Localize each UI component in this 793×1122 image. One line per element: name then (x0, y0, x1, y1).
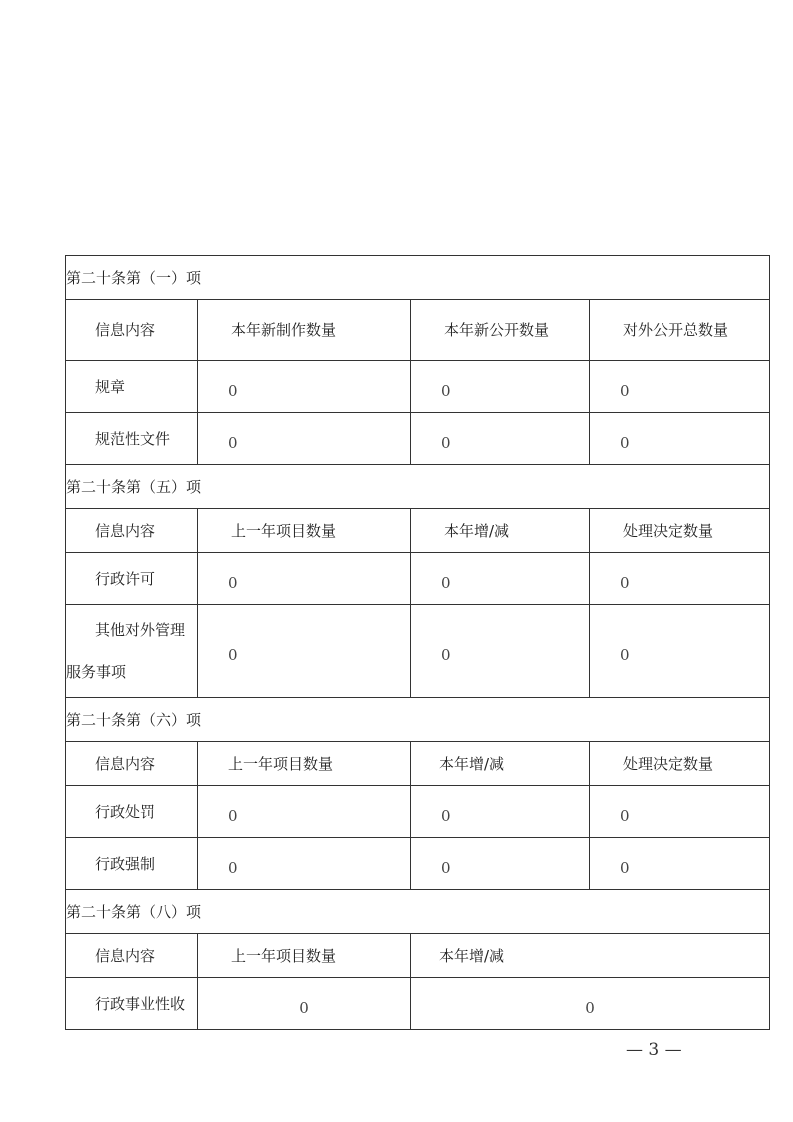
page-number: — 3 — (626, 1040, 682, 1060)
section-title-row: 第二十条第（五）项 (66, 465, 770, 509)
cell-value: 0 (411, 361, 590, 413)
column-header: 信息内容 (66, 742, 198, 786)
table-row: 行政处罚 0 0 0 (66, 786, 770, 838)
column-header: 本年新公开数量 (411, 300, 590, 361)
cell-value: 0 (590, 553, 770, 605)
section-title-row: 第二十条第（一）项 (66, 256, 770, 300)
table-row: 规范性文件 0 0 0 (66, 413, 770, 465)
cell-value: 0 (590, 413, 770, 465)
row-label: 行政强制 (66, 838, 198, 890)
cell-value: 0 (198, 413, 411, 465)
section-title: 第二十条第（八）项 (66, 890, 770, 934)
cell-value: 0 (411, 413, 590, 465)
cell-value: 0 (411, 605, 590, 698)
row-label-line: 其他对外管理 (66, 609, 197, 651)
section-title-row: 第二十条第（六）项 (66, 698, 770, 742)
column-header: 对外公开总数量 (590, 300, 770, 361)
row-label: 规章 (66, 361, 198, 413)
table-row: 行政事业性收 0 0 (66, 978, 770, 1030)
document-page: 第二十条第（一）项 信息内容 本年新制作数量 本年新公开数量 对外公开总数量 规… (0, 0, 793, 1122)
row-label: 规范性文件 (66, 413, 198, 465)
row-label: 行政许可 (66, 553, 198, 605)
cell-value: 0 (590, 786, 770, 838)
row-label: 其他对外管理 服务事项 (66, 605, 198, 698)
cell-value: 0 (198, 553, 411, 605)
section-title: 第二十条第（六）项 (66, 698, 770, 742)
table-row: 行政许可 0 0 0 (66, 553, 770, 605)
header-row: 信息内容 上一年项目数量 本年增/减 处理决定数量 (66, 509, 770, 553)
column-header: 处理决定数量 (590, 742, 770, 786)
cell-value: 0 (590, 605, 770, 698)
column-header: 上一年项目数量 (198, 934, 411, 978)
cell-value: 0 (198, 786, 411, 838)
section-title: 第二十条第（五）项 (66, 465, 770, 509)
column-header: 本年新制作数量 (198, 300, 411, 361)
header-row: 信息内容 上一年项目数量 本年增/减 (66, 934, 770, 978)
column-header: 信息内容 (66, 509, 198, 553)
column-header: 处理决定数量 (590, 509, 770, 553)
table-row: 规章 0 0 0 (66, 361, 770, 413)
column-header: 上一年项目数量 (198, 742, 411, 786)
column-header: 本年增/减 (411, 509, 590, 553)
cell-value: 0 (411, 553, 590, 605)
row-label: 行政处罚 (66, 786, 198, 838)
section-title-row: 第二十条第（八）项 (66, 890, 770, 934)
disclosure-table: 第二十条第（一）项 信息内容 本年新制作数量 本年新公开数量 对外公开总数量 规… (65, 255, 770, 1030)
cell-value: 0 (198, 838, 411, 890)
column-header: 本年增/减 (411, 742, 590, 786)
row-label: 行政事业性收 (66, 978, 198, 1030)
header-row: 信息内容 上一年项目数量 本年增/减 处理决定数量 (66, 742, 770, 786)
table-row: 其他对外管理 服务事项 0 0 0 (66, 605, 770, 698)
cell-value: 0 (590, 361, 770, 413)
cell-value: 0 (411, 978, 770, 1030)
cell-value: 0 (411, 838, 590, 890)
column-header: 本年增/减 (411, 934, 770, 978)
cell-value: 0 (198, 605, 411, 698)
column-header: 信息内容 (66, 300, 198, 361)
section-title: 第二十条第（一）项 (66, 256, 770, 300)
row-label-line: 服务事项 (66, 651, 197, 693)
cell-value: 0 (198, 361, 411, 413)
cell-value: 0 (198, 978, 411, 1030)
column-header: 上一年项目数量 (198, 509, 411, 553)
header-row: 信息内容 本年新制作数量 本年新公开数量 对外公开总数量 (66, 300, 770, 361)
column-header: 信息内容 (66, 934, 198, 978)
table-row: 行政强制 0 0 0 (66, 838, 770, 890)
cell-value: 0 (411, 786, 590, 838)
cell-value: 0 (590, 838, 770, 890)
